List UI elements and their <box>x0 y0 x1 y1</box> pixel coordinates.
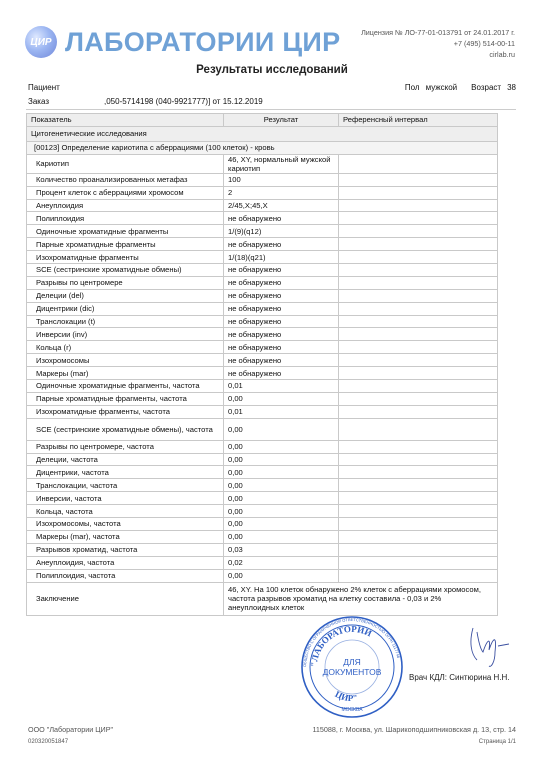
table-row: Процент клеток с аберрациями хромосом2 <box>27 186 498 199</box>
table-row: Кольца, частота0,00 <box>27 505 498 518</box>
indicator-name: Одиночные хроматидные фрагменты <box>27 225 224 238</box>
table-row: Изохромосомы, частота0,00 <box>27 518 498 531</box>
indicator-result: 100 <box>224 173 339 186</box>
table-row: Парные хроматидные фрагменты, частота0,0… <box>27 392 498 405</box>
conclusion-text: 46, XY. На 100 клеток обнаружено 2% клет… <box>224 582 498 615</box>
table-row: Одиночные хроматидные фрагменты, частота… <box>27 380 498 393</box>
indicator-result: 0,00 <box>224 569 339 582</box>
indicator-name: Кольца, частота <box>27 505 224 518</box>
indicator-name: SCE (сестринские хроматидные обмены), ча… <box>27 418 224 440</box>
indicator-result: 0,00 <box>224 492 339 505</box>
footer-address: 115088, г. Москва, ул. Шарикоподшипников… <box>312 725 516 734</box>
indicator-reference <box>339 199 498 212</box>
indicator-result: не обнаружено <box>224 289 339 302</box>
indicator-name: Полиплоидия <box>27 212 224 225</box>
indicator-name: Инверсии, частота <box>27 492 224 505</box>
table-row: Парные хроматидные фрагментыне обнаружен… <box>27 238 498 251</box>
indicator-reference <box>339 264 498 277</box>
indicator-result: не обнаружено <box>224 238 339 251</box>
table-row: Дицентрики, частота0,00 <box>27 466 498 479</box>
indicator-reference <box>339 289 498 302</box>
indicator-name: Анеуплоидия <box>27 199 224 212</box>
indicator-result: 0,00 <box>224 518 339 531</box>
indicator-name: Разрывов хроматид, частота <box>27 543 224 556</box>
indicator-result: 0,00 <box>224 505 339 518</box>
license-block: Лицензия № ЛО-77-01-013791 от 24.01.2017… <box>361 27 515 60</box>
table-row: Разрывы по центромерене обнаружено <box>27 276 498 289</box>
indicator-name: Транслокации (t) <box>27 315 224 328</box>
indicator-result: 0,00 <box>224 418 339 440</box>
footer-page: Страница 1/1 <box>479 739 516 745</box>
indicator-name: Парные хроматидные фрагменты, частота <box>27 392 224 405</box>
indicator-name: Одиночные хроматидные фрагменты, частота <box>27 380 224 393</box>
indicator-reference <box>339 328 498 341</box>
conclusion-row: Заключение46, XY. На 100 клеток обнаруже… <box>27 582 498 615</box>
indicator-result: не обнаружено <box>224 315 339 328</box>
table-row: Полиплоидияне обнаружено <box>27 212 498 225</box>
indicator-result: 2/45,X;45,X <box>224 199 339 212</box>
indicator-name: Изохроматидные фрагменты, частота <box>27 405 224 418</box>
table-row: SCE (сестринские хроматидные обмены), ча… <box>27 418 498 440</box>
indicator-reference <box>339 186 498 199</box>
svg-text:МОСКВА: МОСКВА <box>341 707 363 713</box>
indicator-result: 0,01 <box>224 380 339 393</box>
table-row: Кольца (r)не обнаружено <box>27 341 498 354</box>
signature-icon <box>465 622 515 672</box>
indicator-name: Дицентрики, частота <box>27 466 224 479</box>
results-table: Показатель Результат Референсный интерва… <box>26 113 498 616</box>
header-reference: Референсный интервал <box>339 114 498 127</box>
table-row: Транслокации (t)не обнаружено <box>27 315 498 328</box>
indicator-result: 0,00 <box>224 440 339 453</box>
table-header: Показатель Результат Референсный интерва… <box>27 114 498 127</box>
logo-text: ЛАБОРАТОРИИ ЦИР <box>65 27 340 58</box>
indicator-result: не обнаружено <box>224 212 339 225</box>
sex-label: Пол <box>405 83 420 92</box>
indicator-reference <box>339 315 498 328</box>
patient-demographics: ПолмужскойВозраст38 <box>399 83 516 92</box>
indicator-reference <box>339 453 498 466</box>
svg-text:ДОКУМЕНТОВ: ДОКУМЕНТОВ <box>323 667 382 677</box>
indicator-reference <box>339 530 498 543</box>
indicator-reference <box>339 238 498 251</box>
table-row: Количество проанализированных метафаз100 <box>27 173 498 186</box>
indicator-reference <box>339 251 498 264</box>
header-result: Результат <box>224 114 339 127</box>
table-row: Маркеры (mar)не обнаружено <box>27 367 498 380</box>
indicator-name: Делеции, частота <box>27 453 224 466</box>
indicator-reference <box>339 392 498 405</box>
indicator-result: не обнаружено <box>224 264 339 277</box>
indicator-name: Маркеры (mar), частота <box>27 530 224 543</box>
sex-value: мужской <box>426 83 458 92</box>
indicator-result: 1/(9)(q12) <box>224 225 339 238</box>
indicator-name: Инверсии (inv) <box>27 328 224 341</box>
indicator-reference <box>339 225 498 238</box>
indicator-name: SCE (сестринские хроматидные обмены) <box>27 264 224 277</box>
footer-company: ООО "Лаборатории ЦИР" <box>28 725 113 734</box>
indicator-result: 0,00 <box>224 466 339 479</box>
group-row: Цитогенетические исследования <box>27 126 498 141</box>
patient-label: Пациент <box>28 83 60 92</box>
indicator-result: 0,00 <box>224 453 339 466</box>
indicator-name: Разрывы по центромере <box>27 276 224 289</box>
logo-mark: ЦИР <box>25 26 57 58</box>
age-value: 38 <box>507 83 516 92</box>
indicator-name: Маркеры (mar) <box>27 367 224 380</box>
indicator-name: Делеции (del) <box>27 289 224 302</box>
indicator-reference <box>339 505 498 518</box>
table-row: Полиплоидия, частота0,00 <box>27 569 498 582</box>
svg-text:ДЛЯ: ДЛЯ <box>343 657 360 667</box>
table-row: Инверсии, частота0,00 <box>27 492 498 505</box>
indicator-result: 0,00 <box>224 479 339 492</box>
indicator-name: Анеуплоидия, частота <box>27 556 224 569</box>
group-title: Цитогенетические исследования <box>27 126 498 141</box>
indicator-reference <box>339 341 498 354</box>
indicator-reference <box>339 518 498 531</box>
indicator-result: 46, XY, нормальный мужской кариотип <box>224 154 339 173</box>
indicator-reference <box>339 276 498 289</box>
indicator-result: не обнаружено <box>224 302 339 315</box>
table-row: Инверсии (inv)не обнаружено <box>27 328 498 341</box>
table-row: SCE (сестринские хроматидные обмены)не о… <box>27 264 498 277</box>
stamp-icon: ОБЩЕСТВО С ОГРАНИЧЕННОЙ ОТВЕТСТВЕННОСТЬЮ… <box>297 615 407 720</box>
indicator-reference <box>339 479 498 492</box>
indicator-name: Транслокации, частота <box>27 479 224 492</box>
table-row: Изохроматидные фрагменты, частота0,01 <box>27 405 498 418</box>
indicator-reference <box>339 154 498 173</box>
indicator-name: Процент клеток с аберрациями хромосом <box>27 186 224 199</box>
indicator-reference <box>339 556 498 569</box>
table-row: Транслокации, частота0,00 <box>27 479 498 492</box>
indicator-result: не обнаружено <box>224 354 339 367</box>
indicator-reference <box>339 302 498 315</box>
table-row: Делеции (del)не обнаружено <box>27 289 498 302</box>
indicator-name: Изохромосомы <box>27 354 224 367</box>
indicator-result: не обнаружено <box>224 276 339 289</box>
indicator-result: 2 <box>224 186 339 199</box>
indicator-name: Полиплоидия, частота <box>27 569 224 582</box>
license-number: Лицензия № ЛО-77-01-013791 от 24.01.2017… <box>361 27 515 38</box>
indicator-reference <box>339 466 498 479</box>
indicator-reference <box>339 405 498 418</box>
indicator-name: Кольца (r) <box>27 341 224 354</box>
divider <box>26 109 516 110</box>
age-label: Возраст <box>471 83 501 92</box>
indicator-result: 0,01 <box>224 405 339 418</box>
indicator-reference <box>339 380 498 393</box>
indicator-name: Изохромосомы, частота <box>27 518 224 531</box>
conclusion-label: Заключение <box>27 582 224 615</box>
indicator-reference <box>339 492 498 505</box>
table-row: Маркеры (mar), частота0,00 <box>27 530 498 543</box>
test-title: [00123] Определение кариотипа с аберраци… <box>27 141 498 154</box>
indicator-reference <box>339 569 498 582</box>
website-link[interactable]: cirlab.ru <box>361 49 515 60</box>
indicator-result: не обнаружено <box>224 341 339 354</box>
indicator-result: 1/(18)(q21) <box>224 251 339 264</box>
table-row: Разрывы по центромере, частота0,00 <box>27 440 498 453</box>
indicator-reference <box>339 440 498 453</box>
indicator-name: Дицентрики (dic) <box>27 302 224 315</box>
indicator-reference <box>339 354 498 367</box>
table-row: Дицентрики (dic)не обнаружено <box>27 302 498 315</box>
indicator-reference <box>339 543 498 556</box>
indicator-result: 0,00 <box>224 530 339 543</box>
indicator-reference <box>339 367 498 380</box>
svg-text:ЦИР": ЦИР" <box>333 689 358 703</box>
phone: +7 (495) 514-00-11 <box>361 38 515 49</box>
table-row: Изохроматидные фрагменты1/(18)(q21) <box>27 251 498 264</box>
table-row: Изохромосомыне обнаружено <box>27 354 498 367</box>
order-label: Заказ <box>28 97 49 106</box>
header-indicator: Показатель <box>27 114 224 127</box>
indicator-result: не обнаружено <box>224 367 339 380</box>
indicator-name: Количество проанализированных метафаз <box>27 173 224 186</box>
order-value: ,050-5714198 (040-9921777)] от 15.12.201… <box>104 97 263 106</box>
table-row: Кариотип46, XY, нормальный мужской карио… <box>27 154 498 173</box>
indicator-result: 0,03 <box>224 543 339 556</box>
table-row: Анеуплоидия, частота0,02 <box>27 556 498 569</box>
indicator-result: не обнаружено <box>224 328 339 341</box>
footer-doc-number: 020320051847 <box>28 739 68 745</box>
indicator-reference <box>339 173 498 186</box>
lab-logo: ЦИР ЛАБОРАТОРИИ ЦИР <box>25 26 340 58</box>
indicator-name: Изохроматидные фрагменты <box>27 251 224 264</box>
table-row: Разрывов хроматид, частота0,03 <box>27 543 498 556</box>
indicator-name: Кариотип <box>27 154 224 173</box>
page-title: Результаты исследований <box>0 64 544 76</box>
indicator-reference <box>339 212 498 225</box>
table-row: Одиночные хроматидные фрагменты1/(9)(q12… <box>27 225 498 238</box>
indicator-result: 0,02 <box>224 556 339 569</box>
indicator-result: 0,00 <box>224 392 339 405</box>
doctor-signature-label: Врач КДЛ: Синтюрина Н.Н. <box>409 673 510 682</box>
test-row: [00123] Определение кариотипа с аберраци… <box>27 141 498 154</box>
indicator-reference <box>339 418 498 440</box>
indicator-name: Разрывы по центромере, частота <box>27 440 224 453</box>
table-row: Анеуплоидия2/45,X;45,X <box>27 199 498 212</box>
table-row: Делеции, частота0,00 <box>27 453 498 466</box>
indicator-name: Парные хроматидные фрагменты <box>27 238 224 251</box>
